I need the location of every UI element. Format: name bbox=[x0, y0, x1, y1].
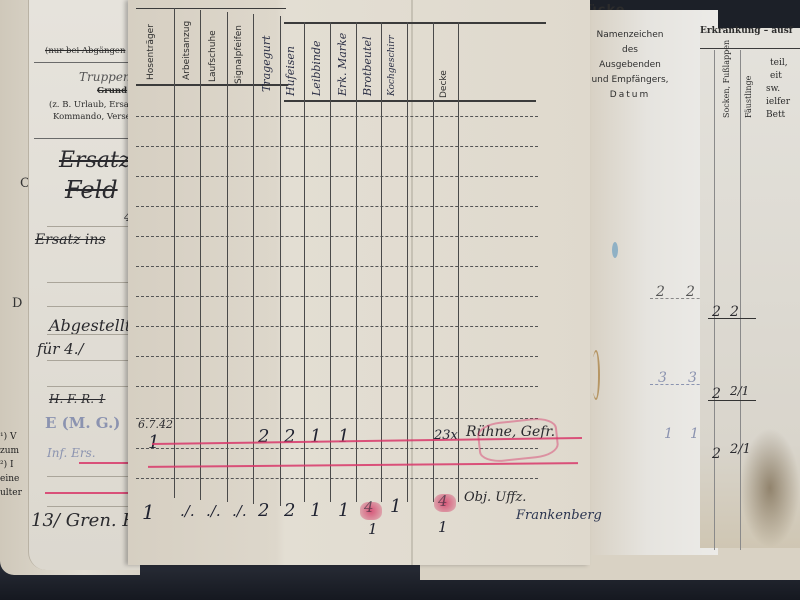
page-fold bbox=[411, 0, 413, 565]
left-insert-sheet: (nur bei Abgängen Truppen Grund (z. B. U… bbox=[28, 0, 140, 570]
col-line bbox=[304, 22, 305, 502]
col-line bbox=[227, 12, 228, 502]
col-header-work-suit: Arbeitsanzug bbox=[182, 14, 192, 80]
printed-only-on-departure: (nur bei Abgängen bbox=[45, 46, 125, 56]
sig-head-line: Namenzeichen bbox=[590, 28, 670, 43]
entry2-bread-bag-correction: 1 bbox=[368, 520, 378, 538]
value-strike bbox=[708, 318, 756, 319]
entry1-date: 6.7.42 bbox=[138, 418, 173, 431]
col-header-socks: Socken, Fußlappen bbox=[722, 58, 731, 118]
header-bottom-rule bbox=[284, 100, 536, 102]
entry2-running-shoes: ./. bbox=[206, 502, 221, 520]
col-header-mittens: Fäustlinge bbox=[744, 78, 753, 118]
col-line bbox=[714, 50, 715, 550]
divider bbox=[34, 62, 141, 63]
stain-mark bbox=[592, 350, 600, 400]
red-strike-line bbox=[45, 492, 141, 494]
divider bbox=[700, 48, 800, 49]
col-line bbox=[200, 10, 201, 500]
right-page: Erkrankung – ausf Socken, Fußlappen Fäus… bbox=[700, 28, 800, 548]
handwritten-feld: Feld bbox=[65, 176, 118, 204]
ruled-line bbox=[47, 360, 141, 361]
entry2-blanket-struck: 4 bbox=[438, 492, 448, 510]
printed-fragment: teil, bbox=[770, 58, 788, 68]
printed-fragment: Bett bbox=[766, 110, 785, 120]
col-header-blanket: Decke bbox=[439, 70, 449, 98]
margin-footnote-2: zum bbox=[0, 446, 19, 456]
water-stain bbox=[740, 428, 800, 548]
sig-head-line: Ausgebenden bbox=[590, 58, 670, 73]
table-row-line bbox=[136, 356, 538, 357]
col-header-handwritten-1: Hufeisen bbox=[284, 26, 297, 96]
printed-fragment: eit bbox=[770, 71, 782, 81]
table-row-line bbox=[136, 266, 538, 267]
printed-example-reasons: (z. B. Urlaub, Ersatz bbox=[49, 100, 137, 110]
red-scribble bbox=[476, 416, 560, 464]
ruled-line bbox=[47, 506, 141, 507]
col-header-id-tag: Erk. Marke bbox=[336, 26, 349, 96]
printed-grund: Grund bbox=[97, 86, 127, 96]
col-header-signal-whistles: Signalpfeifen bbox=[234, 18, 244, 84]
entry2-work-suit: ./. bbox=[180, 502, 195, 520]
sig-head-line: des bbox=[590, 43, 670, 58]
table-row-line bbox=[136, 146, 538, 147]
header-top-rule bbox=[284, 22, 546, 24]
entry2-signal-whistles: ./. bbox=[232, 502, 247, 520]
col-header-body-belt: Leibbinde bbox=[310, 26, 323, 96]
entry2-col6: 2 bbox=[284, 500, 295, 521]
table-row-line bbox=[136, 386, 538, 387]
table-row-line bbox=[136, 176, 538, 177]
entry2-signature-recipient: Frankenberg bbox=[516, 508, 602, 523]
col-line bbox=[458, 22, 459, 502]
ruled-line bbox=[47, 226, 141, 227]
margin-footnote-4: eine bbox=[0, 474, 19, 484]
section-letter-d: D bbox=[12, 296, 22, 311]
entry2-body-belt: 1 bbox=[310, 500, 321, 521]
clothing-table-page: Hosenträger Arbeitsanzug Laufschuhe Sign… bbox=[128, 0, 590, 565]
right-value: 2/1 bbox=[730, 384, 749, 398]
ruled-line bbox=[47, 334, 141, 335]
ruled-line bbox=[47, 282, 141, 283]
table-row-line bbox=[136, 326, 538, 327]
margin-footnote-5: ulter bbox=[0, 488, 22, 498]
right-value: 2 bbox=[712, 446, 721, 462]
ruled-line bbox=[47, 476, 141, 477]
col-line bbox=[174, 8, 175, 498]
divider bbox=[34, 138, 141, 139]
entry2-signature-issuer: Obj. Uffz. bbox=[464, 490, 526, 505]
sig-head-line: Datum bbox=[590, 88, 670, 103]
printed-fragment: sw. bbox=[766, 84, 780, 94]
signature-column-header: Namenzeichen des Ausgebenden und Empfäng… bbox=[590, 28, 670, 103]
handwritten-abgestellt: Abgestellt bbox=[49, 316, 131, 335]
ruled-line bbox=[47, 306, 141, 307]
handwritten-unit-gren: 13/ Gren. R. bbox=[31, 510, 142, 531]
table-row-line bbox=[136, 296, 538, 297]
left-page: A B C D ¹) V zum ²) I eine ulter (nur be… bbox=[0, 0, 140, 575]
col-line bbox=[280, 16, 281, 506]
margin-footnote-1: ¹) V bbox=[0, 432, 16, 442]
table-row-line bbox=[136, 478, 538, 479]
handwritten-unit-hfr: H. F. R. 1 bbox=[49, 392, 105, 406]
entry1-col6: 2 bbox=[284, 426, 295, 447]
table-row-line bbox=[136, 116, 538, 117]
stamp-inf-ers: Inf. Ers. bbox=[47, 446, 96, 460]
right-page-heading: Erkrankung – ausf bbox=[700, 26, 793, 36]
col-header-carrying-strap: Tragegurt bbox=[260, 22, 273, 92]
handwritten-ersatz-ins: Ersatz ins bbox=[35, 232, 106, 248]
margin-footnote-3: ²) I bbox=[0, 460, 14, 470]
col-line bbox=[407, 22, 408, 502]
col-line bbox=[253, 14, 254, 504]
entry2-suspenders: 1 bbox=[142, 500, 155, 524]
col-header-bread-bag: Brotbeutel bbox=[361, 26, 374, 96]
ruled-line bbox=[47, 386, 141, 387]
entry2-carrying-strap: 2 bbox=[258, 500, 269, 521]
col-header-mess-kit: Kochgeschirr bbox=[387, 26, 397, 96]
entry1-body-belt: 1 bbox=[310, 426, 321, 447]
ink-spot bbox=[612, 242, 618, 258]
table-row-line bbox=[136, 236, 538, 237]
entry2-blanket-correction: 1 bbox=[438, 518, 448, 536]
insert-value: 1 bbox=[690, 426, 699, 442]
col-line bbox=[381, 22, 382, 502]
sig-head-line: und Empfängers, bbox=[590, 73, 670, 88]
entry2-mess-kit: 1 bbox=[390, 496, 401, 517]
handwritten-truppen: Truppen bbox=[79, 70, 131, 84]
entry2-bread-bag-struck: 4 bbox=[364, 498, 374, 516]
header-top-rule bbox=[136, 8, 286, 9]
col-header-suspenders: Hosenträger bbox=[146, 14, 156, 80]
col-line bbox=[356, 22, 357, 502]
value-strike bbox=[708, 400, 756, 401]
col-header-running-shoes: Laufschuhe bbox=[208, 16, 218, 82]
table-row-line bbox=[136, 206, 538, 207]
handwritten-ersatz: Ersatz bbox=[59, 148, 130, 173]
printed-fragment: ielfer bbox=[766, 97, 790, 107]
red-strike-line bbox=[148, 462, 578, 468]
handwritten-fuer-unit: für 4./ bbox=[37, 340, 84, 358]
entry1-id-tag: 1 bbox=[338, 426, 349, 447]
col-line bbox=[330, 22, 331, 502]
entry2-id-tag: 1 bbox=[338, 500, 349, 521]
insert-value: 1 bbox=[664, 426, 673, 442]
stamp-emg: E (M. G.) bbox=[45, 414, 120, 432]
entry1-carrying-strap: 2 bbox=[258, 426, 269, 447]
table-row-line bbox=[136, 418, 538, 419]
